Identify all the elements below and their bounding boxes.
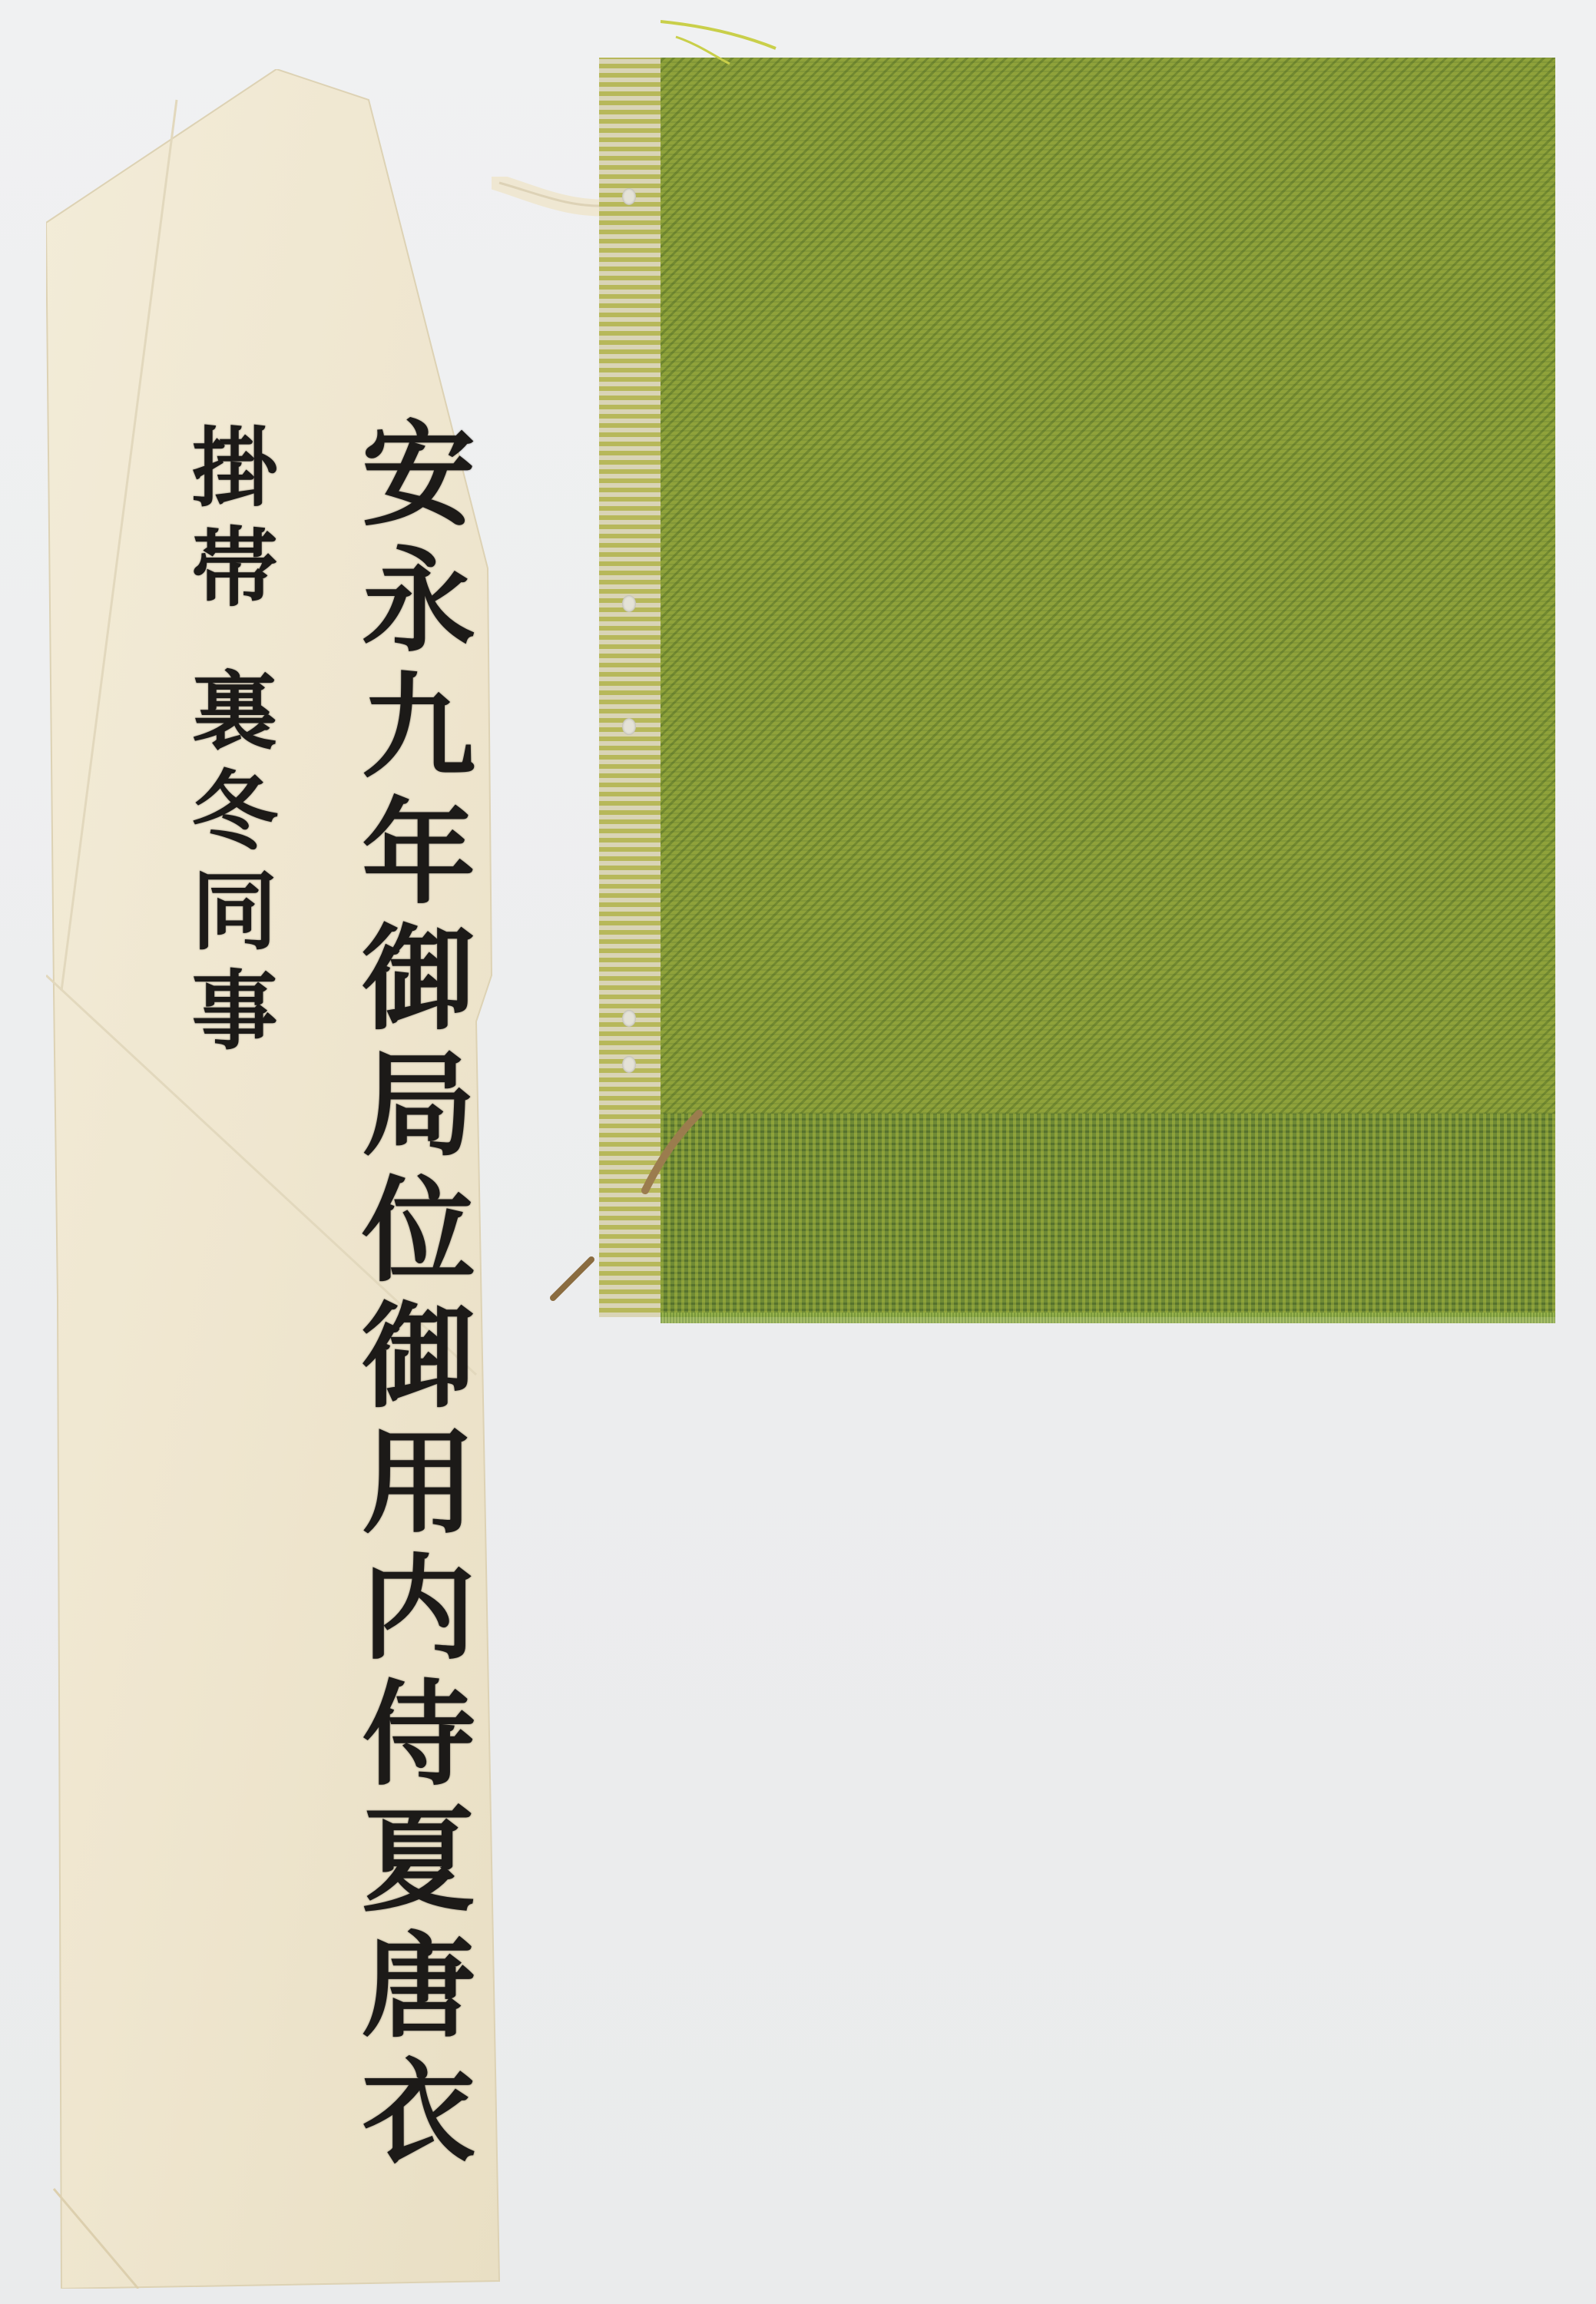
stitch-hole [622, 595, 636, 612]
frayed-edge [661, 1313, 1555, 1323]
stitch-hole [622, 1056, 636, 1073]
twill-weave-area [661, 58, 1555, 1114]
stitch-hole [622, 718, 636, 735]
dark-green-band [661, 1114, 1555, 1317]
label-text-left-column: 掛帯 裏冬同事 [184, 422, 270, 1065]
label-text-right-column: 安永九年御局位御用内侍夏唐衣 [353, 415, 467, 2178]
stitch-hole [622, 1010, 636, 1027]
paper-label: 安永九年御局位御用内侍夏唐衣 掛帯 裏冬同事 [46, 69, 538, 2289]
loose-thread [661, 14, 783, 68]
brown-string [545, 1106, 745, 1306]
stitch-hole [622, 188, 636, 205]
